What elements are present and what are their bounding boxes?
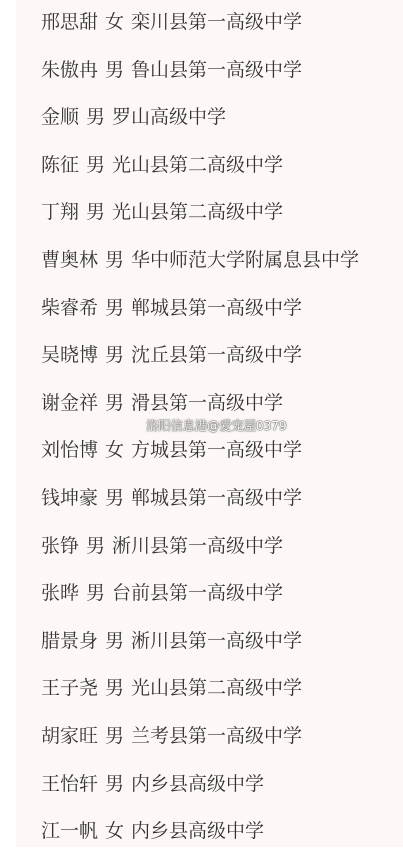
list-item: 吴晓博男沈丘县第一高级中学 — [41, 333, 359, 381]
list-item: 金顺男罗山高级中学 — [41, 95, 359, 143]
student-school: 光山县第二高级中学 — [131, 677, 302, 699]
student-name: 柴睿希 — [41, 297, 98, 319]
student-school: 光山县第二高级中学 — [112, 201, 283, 223]
list-item: 陈征男光山县第二高级中学 — [41, 143, 359, 191]
student-gender: 男 — [105, 392, 124, 414]
student-school: 台前县第一高级中学 — [112, 582, 283, 604]
student-school: 淅川县第一高级中学 — [131, 630, 302, 652]
student-gender: 男 — [86, 154, 105, 176]
student-gender: 男 — [86, 106, 105, 128]
student-school: 滑县第一高级中学 — [131, 392, 283, 414]
student-name: 曹奥林 — [41, 249, 98, 271]
list-item: 胡家旺男兰考县第一高级中学 — [41, 714, 359, 762]
student-name: 陈征 — [41, 154, 79, 176]
student-gender: 女 — [105, 11, 124, 33]
student-name: 丁翔 — [41, 201, 79, 223]
list-item: 张晔男台前县第一高级中学 — [41, 571, 359, 619]
student-name: 腊景身 — [41, 630, 98, 652]
student-school: 鲁山县第一高级中学 — [131, 59, 302, 81]
student-school: 栾川县第一高级中学 — [131, 11, 302, 33]
student-school: 内乡县高级中学 — [131, 820, 264, 842]
student-school: 方城县第一高级中学 — [131, 439, 302, 461]
student-name: 邢思甜 — [41, 11, 98, 33]
student-school: 华中师范大学附属息县中学 — [131, 249, 359, 271]
student-gender: 男 — [86, 582, 105, 604]
list-item: 腊景身男淅川县第一高级中学 — [41, 619, 359, 667]
watermark: 洛阳信息港@爱宠屋0379 — [146, 416, 286, 434]
student-gender: 男 — [105, 725, 124, 747]
student-name: 钱坤豪 — [41, 487, 98, 509]
list-item: 王子尧男光山县第二高级中学 — [41, 666, 359, 714]
list-item: 刘怡博女方城县第一高级中学 — [41, 428, 359, 476]
list-item: 曹奥林男华中师范大学附属息县中学 — [41, 238, 359, 286]
list-item: 王怡轩男内乡县高级中学 — [41, 762, 359, 810]
list-item: 江一帆女内乡县高级中学 — [41, 809, 359, 851]
student-gender: 男 — [86, 201, 105, 223]
student-gender: 男 — [86, 535, 105, 557]
student-name: 王怡轩 — [41, 773, 98, 795]
student-gender: 男 — [105, 487, 124, 509]
student-name: 王子尧 — [41, 677, 98, 699]
student-name: 江一帆 — [41, 820, 98, 842]
list-item: 张铮男淅川县第一高级中学 — [41, 524, 359, 572]
student-school: 淅川县第一高级中学 — [112, 535, 283, 557]
list-item: 钱坤豪男郸城县第一高级中学 — [41, 476, 359, 524]
student-school: 沈丘县第一高级中学 — [131, 344, 302, 366]
list-item: 柴睿希男郸城县第一高级中学 — [41, 286, 359, 334]
student-gender: 男 — [105, 297, 124, 319]
student-gender: 男 — [105, 249, 124, 271]
student-name: 金顺 — [41, 106, 79, 128]
student-school: 郸城县第一高级中学 — [131, 487, 302, 509]
student-name: 朱傲冉 — [41, 59, 98, 81]
student-name: 张铮 — [41, 535, 79, 557]
student-name: 刘怡博 — [41, 439, 98, 461]
student-gender: 男 — [105, 344, 124, 366]
student-gender: 女 — [105, 439, 124, 461]
student-name: 胡家旺 — [41, 725, 98, 747]
student-name: 张晔 — [41, 582, 79, 604]
student-name: 谢金祥 — [41, 392, 98, 414]
list-item: 朱傲冉男鲁山县第一高级中学 — [41, 48, 359, 96]
student-name: 吴晓博 — [41, 344, 98, 366]
student-gender: 男 — [105, 773, 124, 795]
student-school: 内乡县高级中学 — [131, 773, 264, 795]
document-content: 邢思甜女栾川县第一高级中学 朱傲冉男鲁山县第一高级中学 金顺男罗山高级中学 陈征… — [16, 0, 403, 847]
student-gender: 男 — [105, 630, 124, 652]
list-item: 丁翔男光山县第二高级中学 — [41, 190, 359, 238]
student-gender: 女 — [105, 820, 124, 842]
student-school: 罗山高级中学 — [112, 106, 226, 128]
student-gender: 男 — [105, 677, 124, 699]
student-gender: 男 — [105, 59, 124, 81]
student-school: 郸城县第一高级中学 — [131, 297, 302, 319]
student-school: 兰考县第一高级中学 — [131, 725, 302, 747]
student-school: 光山县第二高级中学 — [112, 154, 283, 176]
list-item: 邢思甜女栾川县第一高级中学 — [41, 0, 359, 48]
